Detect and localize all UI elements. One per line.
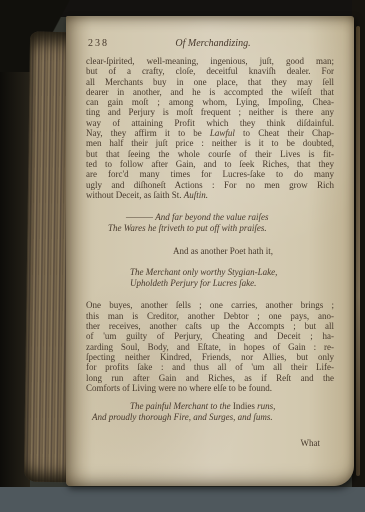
- text-line: Comforts of Living were no where elſe to…: [86, 383, 334, 393]
- text-line: all Merchants buy in one place, that the…: [86, 77, 334, 87]
- text-line: ——— And far beyond the value raiſes: [86, 212, 334, 223]
- page-header: 238 Of Merchandizing.: [86, 38, 334, 50]
- verse-quote-3: The painful Merchant to the Indies runs,…: [86, 401, 334, 422]
- text-line: And proudly thorough Fire, and Surges, a…: [86, 412, 334, 423]
- verse-quote-1: ——— And far beyond the value raiſesThe W…: [86, 212, 334, 233]
- text-line: without Deceit, as ſaith St. Auſtin.: [86, 190, 334, 200]
- text-line: ting and Perjury is moſt frequent ; neit…: [86, 107, 334, 117]
- text-column: 238 Of Merchandizing. clear-ſpirited, we…: [86, 38, 334, 448]
- text-line: are forc'd many times for Lucres-ſake to…: [86, 169, 334, 179]
- text-line: zarding Soul, Body, and Eſtate, in hopes…: [86, 342, 334, 352]
- text-line: The Wares he ſtriveth to put off with pr…: [86, 223, 334, 234]
- text-line: clear-ſpirited, well-meaning, ingenious,…: [86, 56, 334, 66]
- paragraph-1: clear-ſpirited, well-meaning, ingenious,…: [86, 56, 334, 200]
- text-line: Nay, they affirm it to be Lawful to Chea…: [86, 128, 334, 138]
- book-page: 238 Of Merchandizing. clear-ſpirited, we…: [66, 16, 354, 486]
- text-line: ted to follow after Gain, and to ſeek Ri…: [86, 159, 334, 169]
- verse-quote-2: The Merchant only worthy Stygian-Lake,Up…: [86, 267, 334, 288]
- text-line: ugly and diſhoneſt Actions : For no men …: [86, 180, 334, 190]
- text-line: ther receives, another caſts up the Acco…: [86, 321, 334, 331]
- catchword: What: [86, 438, 334, 448]
- text-line: for profits ſake : and thus all of 'um a…: [86, 362, 334, 372]
- text-line: dearer in another, and he is accompted t…: [86, 87, 334, 97]
- interlude-line: And as another Poet hath it,: [86, 246, 334, 256]
- text-line: but that ſeeing the whole courſe of thei…: [86, 149, 334, 159]
- running-title: Of Merchandizing.: [86, 38, 334, 50]
- text-line: Upholdeth Perjury for Lucres ſake.: [86, 278, 334, 289]
- text-line: long run after Gain and Riches, as if Re…: [86, 373, 334, 383]
- photo-backdrop: 238 Of Merchandizing. clear-ſpirited, we…: [0, 0, 365, 512]
- backdrop-bottom-band: [0, 487, 365, 512]
- text-line: men half their juſt price : neither is i…: [86, 138, 334, 148]
- page-number: 238: [88, 38, 109, 50]
- text-line: way of attaining Profit which they think…: [86, 118, 334, 128]
- text-line: The painful Merchant to the Indies runs,: [86, 401, 334, 412]
- text-line: of 'um guilty of Perjury, Cheating and D…: [86, 331, 334, 341]
- text-line: can gain moſt ; among whom, Lying, Impoſ…: [86, 97, 334, 107]
- text-line: this man is Creditor, another Debtor ; o…: [86, 311, 334, 321]
- paragraph-2: One buyes, another ſells ; one carries, …: [86, 300, 334, 393]
- underlying-page-edge: [356, 26, 360, 476]
- text-line: One buyes, another ſells ; one carries, …: [86, 300, 334, 310]
- text-line: but of a crafty, cloſe, deceitful knaviſ…: [86, 66, 334, 76]
- text-line: The Merchant only worthy Stygian-Lake,: [86, 267, 334, 278]
- text-line: ſpecting neither Kindred, Friends, nor A…: [86, 352, 334, 362]
